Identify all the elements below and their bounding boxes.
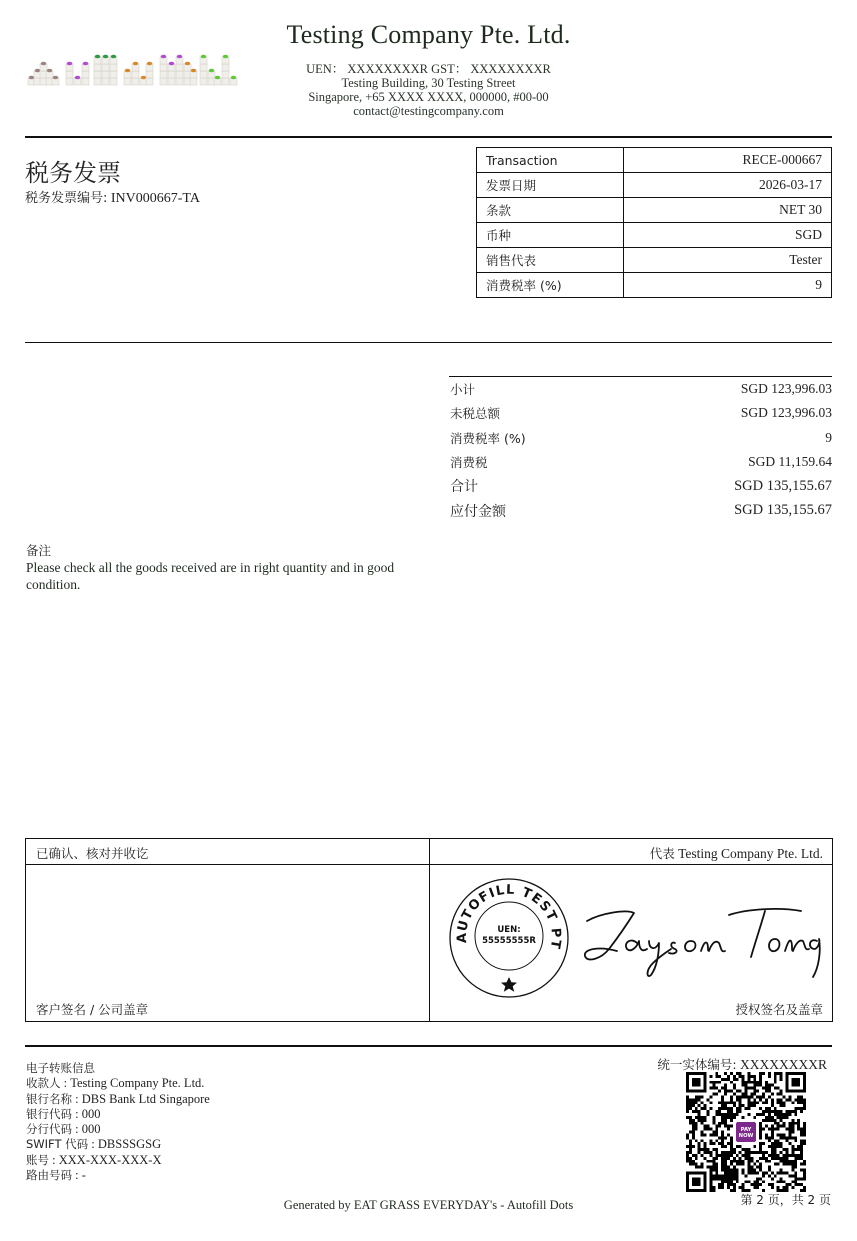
invoice-number-label: 税务发票编号: xyxy=(25,191,107,206)
header-divider xyxy=(25,136,832,138)
totals-label: 合计 xyxy=(449,476,478,496)
bank-info-line: 银行名称 : DBS Bank Ltd Singapore xyxy=(26,1092,210,1107)
bank-transfer-info: 电子转账信息 收款人 : Testing Company Pte. Ltd.银行… xyxy=(26,1061,210,1183)
info-row: 条款NET 30 xyxy=(477,198,832,223)
info-row: 销售代表Tester xyxy=(477,248,832,273)
company-info: UEN： XXXXXXXXR GST： XXXXXXXXR Testing Bu… xyxy=(200,62,657,118)
bank-info-label: 银行名称 xyxy=(26,1092,72,1106)
info-value: Tester xyxy=(624,248,832,273)
totals-row: 消费税率 (%)9 xyxy=(449,426,832,450)
bank-info-value: 000 xyxy=(82,1107,101,1121)
company-uen-gst: UEN： XXXXXXXXR GST： XXXXXXXXR xyxy=(200,62,657,76)
info-row: 币种SGD xyxy=(477,223,832,248)
on-behalf-label: 代表 Testing Company Pte. Ltd. xyxy=(650,844,823,862)
remarks-label: 备注 xyxy=(26,541,51,559)
totals-value: 9 xyxy=(825,430,832,446)
totals-row: 小计SGD 123,996.03 xyxy=(449,377,832,401)
signature-box: 已确认、核对并收讫 代表 Testing Company Pte. Ltd. 客… xyxy=(25,838,833,1022)
info-value: NET 30 xyxy=(624,198,832,223)
totals-value: SGD 11,159.64 xyxy=(748,454,832,470)
authorized-signature-label: 授权签名及盖章 xyxy=(735,1000,823,1018)
info-label: 条款 xyxy=(477,198,624,223)
bank-info-value: - xyxy=(82,1168,86,1182)
customer-ack-label: 已确认、核对并收讫 xyxy=(36,844,149,862)
bank-info-value: Testing Company Pte. Ltd. xyxy=(70,1076,204,1090)
info-label: 销售代表 xyxy=(477,248,624,273)
entity-uen-value: XXXXXXXXR xyxy=(740,1057,827,1072)
totals-value: SGD 135,155.67 xyxy=(734,502,832,519)
stamp-uen-value: 55555555R xyxy=(482,936,536,946)
bank-info-label: 账号 xyxy=(26,1153,49,1167)
company-email: contact@testingcompany.com xyxy=(200,104,657,118)
info-value: 2026-03-17 xyxy=(624,173,832,198)
bank-info-line: 收款人 : Testing Company Pte. Ltd. xyxy=(26,1076,210,1091)
totals-label: 小计 xyxy=(449,380,475,398)
bank-info-line: SWIFT 代码 : DBSSSGSG xyxy=(26,1137,210,1152)
totals-label: 应付金额 xyxy=(449,501,506,521)
totals-value: SGD 123,996.03 xyxy=(741,381,832,397)
info-label: Transaction xyxy=(477,148,624,173)
invoice-number-value: INV000667-TA xyxy=(111,191,200,206)
bank-info-value: DBSSSGSG xyxy=(98,1137,161,1151)
totals-table: 小计SGD 123,996.03未税总额SGD 123,996.03消费税率 (… xyxy=(449,376,832,523)
star-icon xyxy=(501,977,517,992)
bank-info-value: 000 xyxy=(82,1122,101,1136)
totals-label: 消费税率 (%) xyxy=(449,429,526,447)
totals-row: 合计SGD 135,155.67 xyxy=(449,474,832,498)
entity-uen: 统一实体编号: XXXXXXXXR xyxy=(640,1055,827,1073)
info-label: 发票日期 xyxy=(477,173,624,198)
invoice-number: 税务发票编号: INV000667-TA xyxy=(25,187,200,207)
stamp-uen-label: UEN: xyxy=(497,925,520,935)
info-label: 币种 xyxy=(477,223,624,248)
info-row: 消费税率 (%)9 xyxy=(477,273,832,298)
company-address-line2: Singapore, +65 XXXX XXXX, 000000, #00-00 xyxy=(200,90,657,104)
generated-by: Generated by EAT GRASS EVERYDAY's - Auto… xyxy=(0,1198,857,1213)
footer-divider xyxy=(25,1045,832,1047)
info-value: RECE-000667 xyxy=(624,148,832,173)
authorized-signature xyxy=(579,891,824,981)
on-behalf-prefix: 代表 xyxy=(650,846,675,861)
totals-row: 应付金额SGD 135,155.67 xyxy=(449,498,832,522)
bank-info-value: XXX-XXX-XXX-X xyxy=(59,1153,162,1167)
company-address-line1: Testing Building, 30 Testing Street xyxy=(200,76,657,90)
signature-box-divider xyxy=(429,839,430,1021)
svg-text:NOW: NOW xyxy=(739,1133,754,1139)
invoice-info-table: TransactionRECE-000667发票日期2026-03-17条款NE… xyxy=(476,147,832,298)
bank-info-label: 路由号码 xyxy=(26,1168,72,1182)
on-behalf-company: Testing Company Pte. Ltd. xyxy=(678,846,823,861)
bank-info-line: 账号 : XXX-XXX-XXX-X xyxy=(26,1153,210,1168)
totals-value: SGD 135,155.67 xyxy=(734,478,832,495)
bank-info-line: 银行代码 : 000 xyxy=(26,1107,210,1122)
section-divider xyxy=(25,342,832,343)
info-value: SGD xyxy=(624,223,832,248)
entity-uen-label: 统一实体编号: xyxy=(657,1057,736,1072)
bank-info-label: 分行代码 xyxy=(26,1122,72,1136)
company-stamp: AUTOFILL TEST PTE LTD UEN: 55555555R xyxy=(447,876,571,1000)
totals-value: SGD 123,996.03 xyxy=(741,405,832,421)
info-value: 9 xyxy=(624,273,832,298)
document-title: 税务发票 xyxy=(25,153,121,188)
info-label: 消费税率 (%) xyxy=(477,273,624,298)
totals-label: 未税总额 xyxy=(449,404,500,422)
totals-row: 消费税SGD 11,159.64 xyxy=(449,450,832,474)
info-row: TransactionRECE-000667 xyxy=(477,148,832,173)
bank-info-value: DBS Bank Ltd Singapore xyxy=(82,1092,210,1106)
totals-label: 消费税 xyxy=(449,453,488,471)
company-name: Testing Company Pte. Ltd. xyxy=(200,20,657,50)
bank-info-label: SWIFT 代码 xyxy=(26,1137,88,1151)
bank-info-title: 电子转账信息 xyxy=(26,1061,210,1076)
paynow-qr-code[interactable]: PAYNOW xyxy=(686,1072,806,1192)
remarks-text: Please check all the goods received are … xyxy=(26,559,406,593)
bank-info-line: 路由号码 : - xyxy=(26,1168,210,1183)
totals-row: 未税总额SGD 123,996.03 xyxy=(449,401,832,425)
info-row: 发票日期2026-03-17 xyxy=(477,173,832,198)
bank-info-label: 银行代码 xyxy=(26,1107,72,1121)
bank-info-label: 收款人 xyxy=(26,1076,61,1090)
customer-signature-label: 客户签名 / 公司盖章 xyxy=(36,1000,148,1018)
bank-info-line: 分行代码 : 000 xyxy=(26,1122,210,1137)
